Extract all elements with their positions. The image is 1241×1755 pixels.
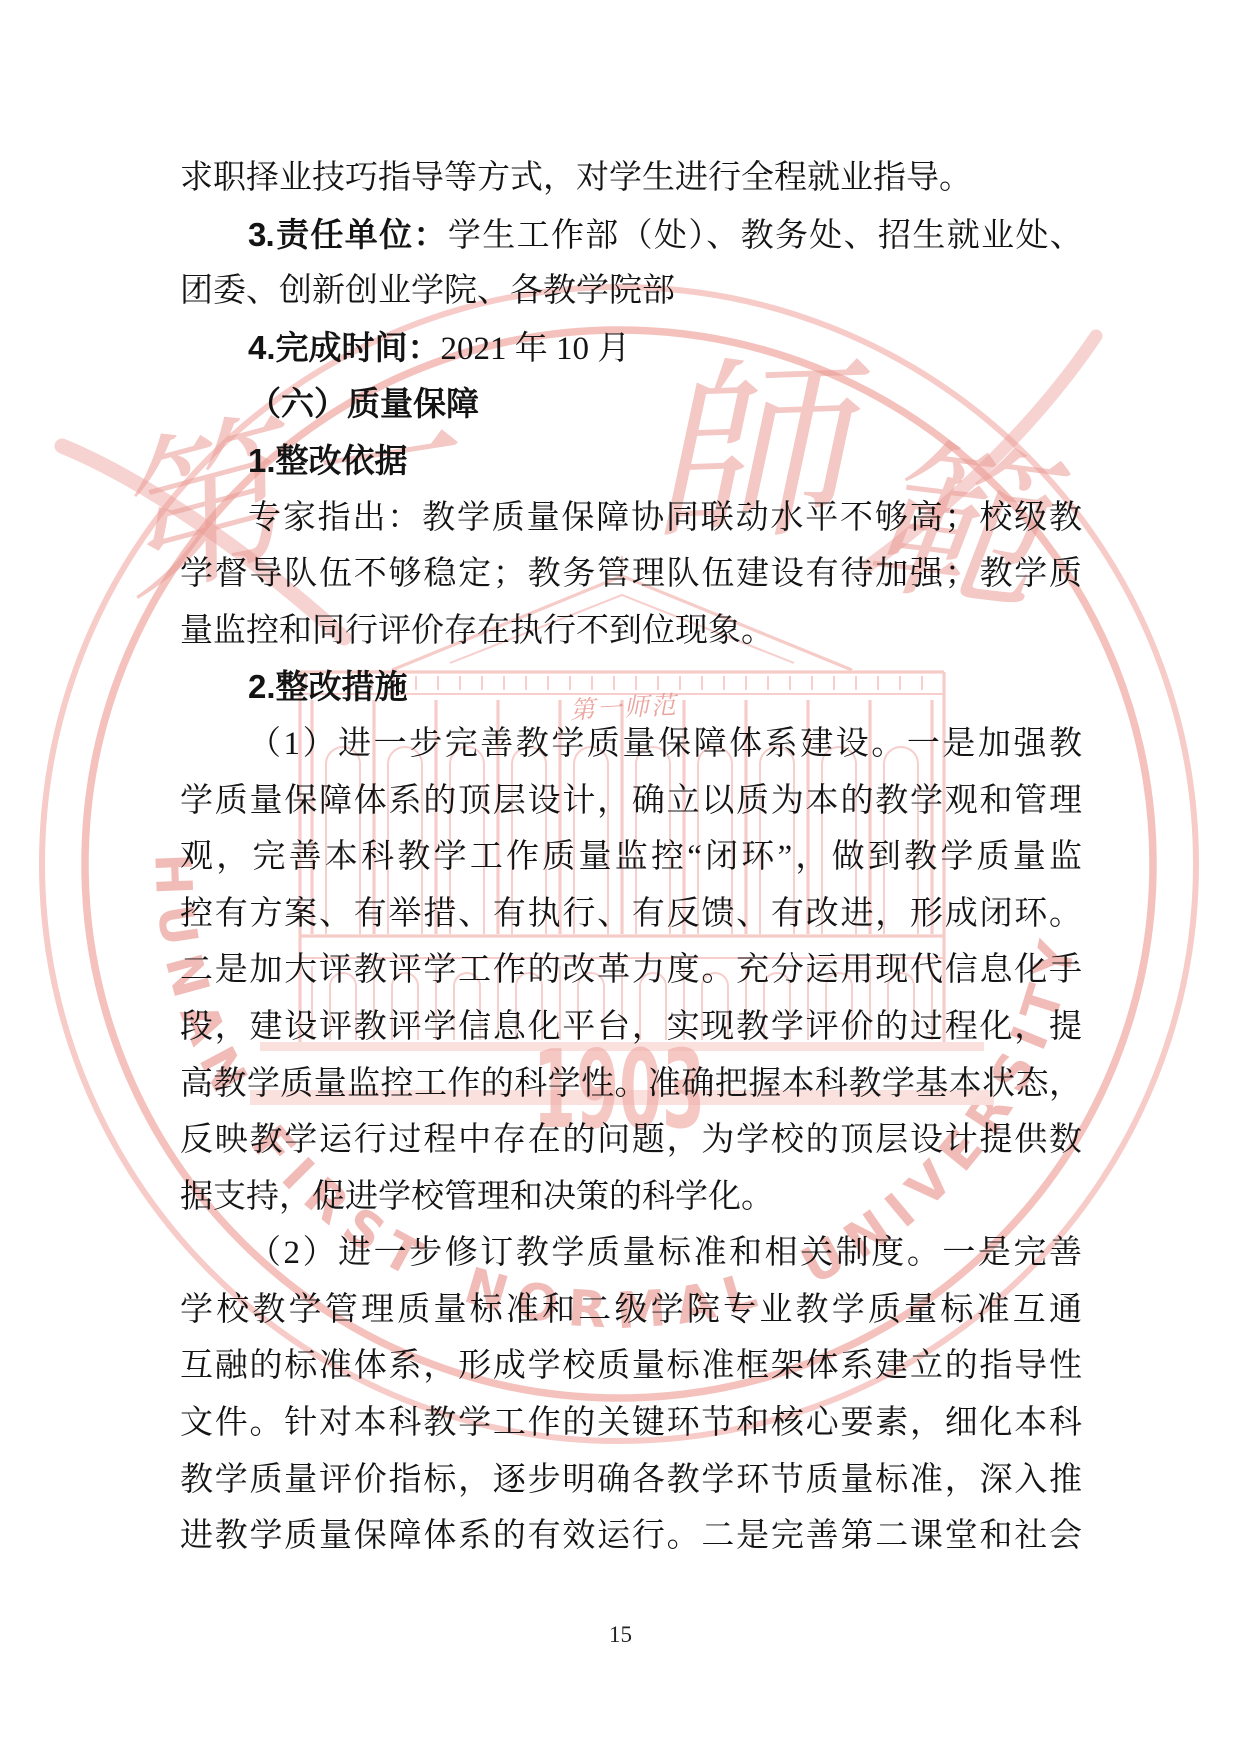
text-segment: （2）进一步修订教学质量标准和相关制度。一是完善 xyxy=(248,1235,1082,1271)
text-line: 学督导队伍不够稳定；教务管理队伍建设有待加强；教学质 xyxy=(180,546,1082,603)
text-line: 1.整改依据 xyxy=(180,433,1082,490)
page-number: 15 xyxy=(0,1622,1241,1648)
text-line: 3.责任单位：学生工作部（处）、教务处、招生就业处、 xyxy=(180,207,1082,264)
text-line: （1）进一步完善教学质量保障体系建设。一是加强教 xyxy=(180,716,1082,773)
text-segment-bold: 1.整改依据 xyxy=(248,442,408,479)
text-line: 观，完善本科教学工作质量监控“闭环”，做到教学质量监 xyxy=(180,829,1082,886)
text-segment: 量监控和同行评价存在执行不到位现象。 xyxy=(180,613,774,649)
document-page: HUNAN FIRST NORMAL UNIVERSITY 第一師範 第一师范 xyxy=(0,0,1241,1755)
text-segment: 互融的标准体系，形成学校质量标准框架体系建立的指导性 xyxy=(180,1348,1082,1384)
text-segment: 学督导队伍不够稳定；教务管理队伍建设有待加强；教学质 xyxy=(180,556,1082,592)
text-line: 教学质量评价指标，逐步明确各教学环节质量标准，深入推 xyxy=(180,1452,1082,1509)
text-line: 进教学质量保障体系的有效运行。二是完善第二课堂和社会 xyxy=(180,1508,1082,1565)
text-line: 专家指出：教学质量保障协同联动水平不够高；校级教 xyxy=(180,490,1082,547)
text-line: （六）质量保障 xyxy=(180,376,1082,433)
text-segment: 学校教学管理质量标准和二级学院专业教学质量标准互通 xyxy=(180,1292,1082,1328)
text-segment-bold: 3.责任单位： xyxy=(248,216,448,253)
text-line: 高教学质量监控工作的科学性。准确把握本科教学基本状态， xyxy=(180,1056,1082,1113)
text-segment-bold: 2.整改措施 xyxy=(248,668,408,705)
text-segment: 反映教学运行过程中存在的问题，为学校的顶层设计提供数 xyxy=(180,1122,1082,1158)
text-line: 反映教学运行过程中存在的问题，为学校的顶层设计提供数 xyxy=(180,1112,1082,1169)
text-segment: 观，完善本科教学工作质量监控“闭环”，做到教学质量监 xyxy=(180,839,1082,875)
text-line: 量监控和同行评价存在执行不到位现象。 xyxy=(180,603,1082,660)
text-segment: 控有方案、有举措、有执行、有反馈、有改进，形成闭环。 xyxy=(180,896,1082,932)
text-segment: 团委、创新创业学院、各教学院部 xyxy=(180,273,675,309)
text-line: 求职择业技巧指导等方式，对学生进行全程就业指导。 xyxy=(180,150,1082,207)
text-segment: 学生工作部（处）、教务处、招生就业处、 xyxy=(448,218,1082,254)
text-segment: 据支持，促进学校管理和决策的科学化。 xyxy=(180,1179,774,1215)
text-segment: 文件。针对本科教学工作的关键环节和核心要素，细化本科 xyxy=(180,1405,1082,1441)
text-segment-bold: 4.完成时间： xyxy=(248,329,441,366)
text-line: 学校教学管理质量标准和二级学院专业教学质量标准互通 xyxy=(180,1282,1082,1339)
text-segment: 二是加大评教评学工作的改革力度。充分运用现代信息化手 xyxy=(180,952,1082,988)
text-line: 学质量保障体系的顶层设计，确立以质为本的教学观和管理 xyxy=(180,773,1082,830)
text-line: 段，建设评教评学信息化平台，实现教学评价的过程化，提 xyxy=(180,999,1082,1056)
text-segment: 进教学质量保障体系的有效运行。二是完善第二课堂和社会 xyxy=(180,1518,1082,1554)
text-line: 4.完成时间：2021 年 10 月 xyxy=(180,320,1082,377)
text-segment: 2021 年 10 月 xyxy=(441,331,631,367)
text-segment: 学质量保障体系的顶层设计，确立以质为本的教学观和管理 xyxy=(180,783,1082,819)
text-line: 文件。针对本科教学工作的关键环节和核心要素，细化本科 xyxy=(180,1395,1082,1452)
text-line: 二是加大评教评学工作的改革力度。充分运用现代信息化手 xyxy=(180,942,1082,999)
text-line: 互融的标准体系，形成学校质量标准框架体系建立的指导性 xyxy=(180,1338,1082,1395)
text-segment: 教学质量评价指标，逐步明确各教学环节质量标准，深入推 xyxy=(180,1462,1082,1498)
text-segment: 求职择业技巧指导等方式，对学生进行全程就业指导。 xyxy=(180,160,972,196)
text-line: 2.整改措施 xyxy=(180,659,1082,716)
text-line: 团委、创新创业学院、各教学院部 xyxy=(180,263,1082,320)
text-block: 求职择业技巧指导等方式，对学生进行全程就业指导。3.责任单位：学生工作部（处）、… xyxy=(180,150,1082,1565)
text-segment: （1）进一步完善教学质量保障体系建设。一是加强教 xyxy=(248,726,1082,762)
text-line: （2）进一步修订教学质量标准和相关制度。一是完善 xyxy=(180,1225,1082,1282)
text-segment: 专家指出：教学质量保障协同联动水平不够高；校级教 xyxy=(248,500,1082,536)
text-segment: 高教学质量监控工作的科学性。准确把握本科教学基本状态， xyxy=(180,1066,1082,1102)
text-segment-bold: （六）质量保障 xyxy=(248,385,479,422)
text-line: 控有方案、有举措、有执行、有反馈、有改进，形成闭环。 xyxy=(180,886,1082,943)
text-segment: 段，建设评教评学信息化平台，实现教学评价的过程化，提 xyxy=(180,1009,1082,1045)
text-line: 据支持，促进学校管理和决策的科学化。 xyxy=(180,1169,1082,1226)
